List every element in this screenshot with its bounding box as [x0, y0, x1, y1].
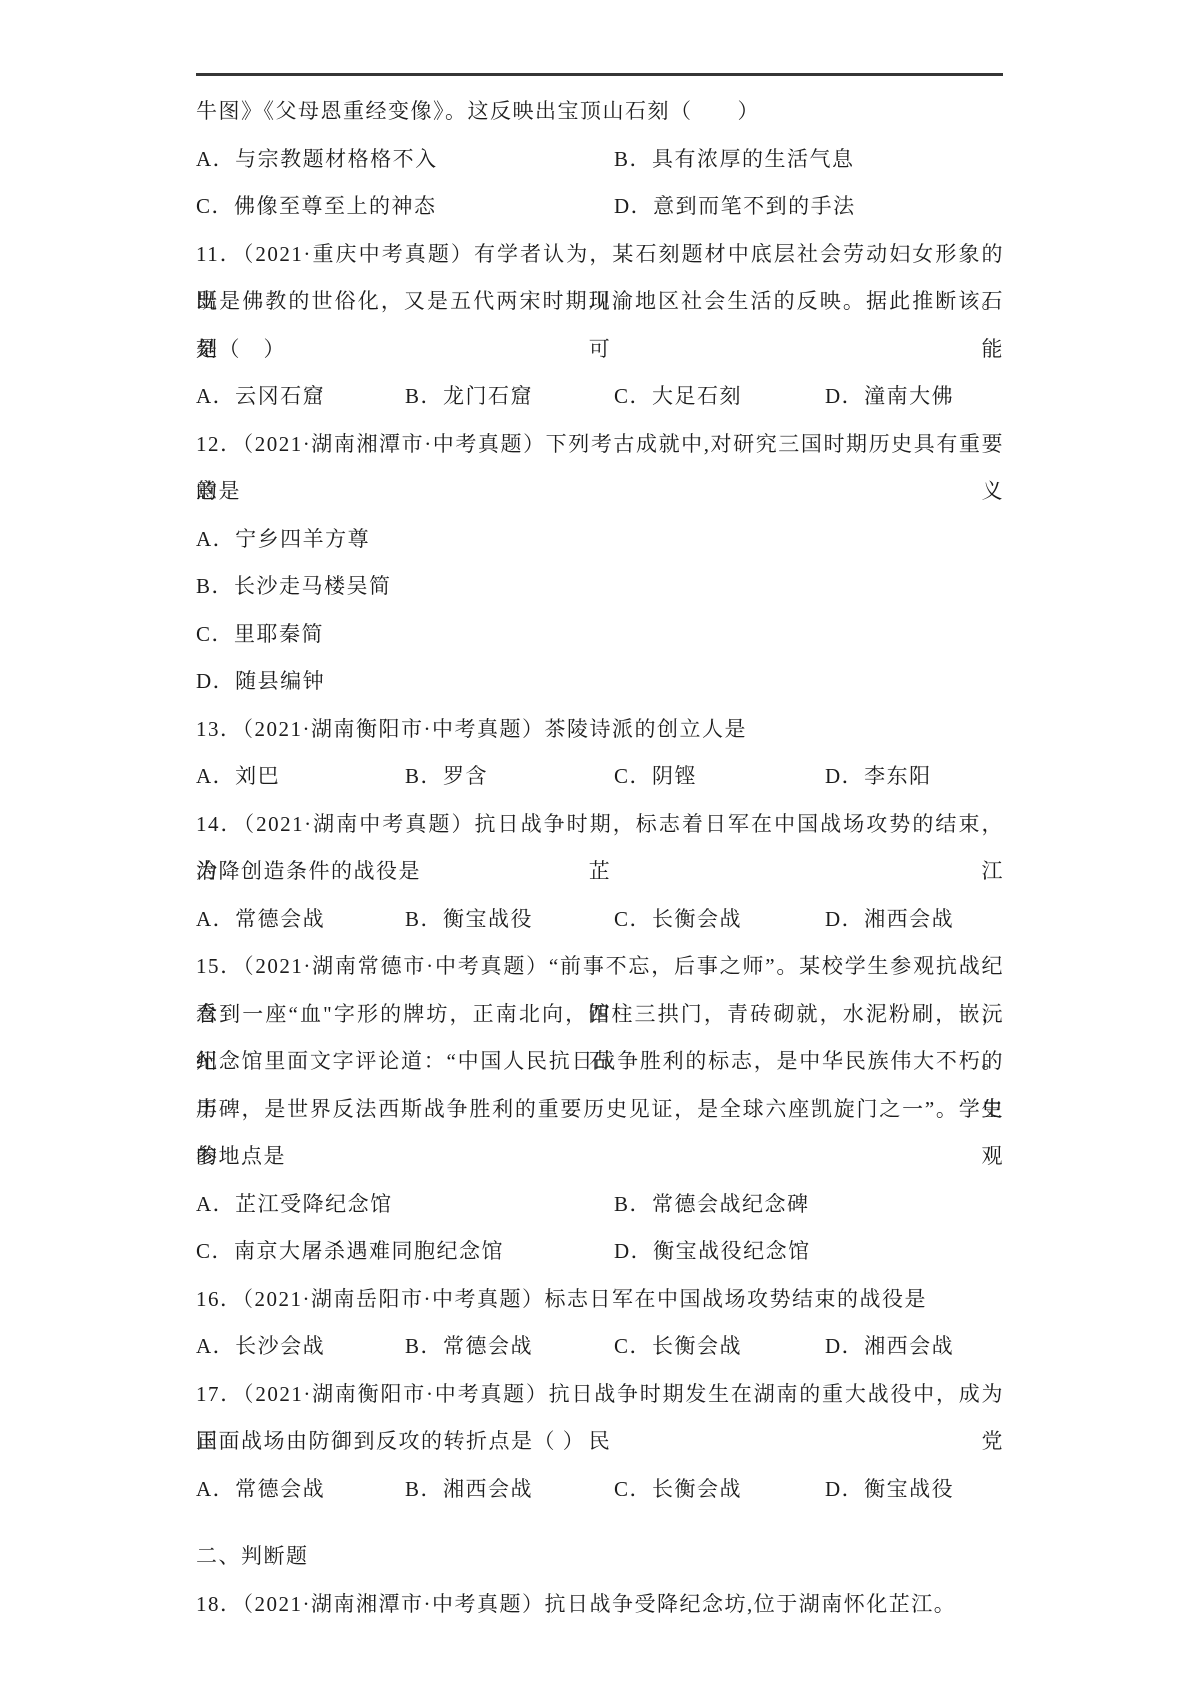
question-15-line-3: 纪念馆里面文字评论道：“中国人民抗日战争胜利的标志，是中华民族伟大不朽的历史: [196, 1038, 1004, 1086]
option-a: A．常德会战: [196, 896, 405, 944]
options-row: A．常德会战 B．湘西会战 C．长衡会战 D．衡宝战役: [196, 1466, 1004, 1514]
options-row: A．长沙会战 B．常德会战 C．长衡会战 D．湘西会战: [196, 1323, 1004, 1371]
option-a: A．云冈石窟: [196, 373, 405, 421]
option-c: C．长衡会战: [614, 1466, 825, 1514]
option-c: C．长衡会战: [614, 896, 825, 944]
question-15-line-2: 看到一座“血"字形的牌坊，正南北向，四柱三拱门，青砖砌就，水泥粉刷，嵌沅州石。: [196, 991, 1004, 1039]
option-b: B．常德会战纪念碑: [614, 1181, 1004, 1229]
option-a: A．刘巴: [196, 753, 405, 801]
question-11-line-1: 11．（2021·重庆中考真题）有学者认为，某石刻题材中底层社会劳动妇女形象的出…: [196, 231, 1004, 279]
question-17-line-1: 17．（2021·湖南衡阳市·中考真题）抗日战争时期发生在湖南的重大战役中，成为…: [196, 1371, 1004, 1419]
question-12-line-1: 12．（2021·湖南湘潭市·中考真题）下列考古成就中,对研究三国时期历史具有重…: [196, 421, 1004, 469]
option-b: B．湘西会战: [405, 1466, 614, 1514]
option-c: C．佛像至尊至上的神态: [196, 183, 614, 231]
option-d: D．衡宝战役纪念馆: [614, 1228, 1004, 1276]
option-a: A．长沙会战: [196, 1323, 405, 1371]
options-row: A．芷江受降纪念馆 B．常德会战纪念碑: [196, 1181, 1004, 1229]
option-b: B．罗含: [405, 753, 614, 801]
option-c: C．南京大屠杀遇难同胞纪念馆: [196, 1228, 614, 1276]
option-d: D．意到而笔不到的手法: [614, 183, 1004, 231]
question-18-line-1: 18．（2021·湖南湘潭市·中考真题）抗日战争受降纪念坊,位于湖南怀化芷江。: [196, 1581, 1004, 1629]
option-c: C．里耶秦简: [196, 611, 1004, 659]
option-b: B．长沙走马楼吴简: [196, 563, 1004, 611]
header-divider: [196, 73, 1003, 76]
options-row: A．常德会战 B．衡宝战役 C．长衡会战 D．湘西会战: [196, 896, 1004, 944]
option-b: B．龙门石窟: [405, 373, 614, 421]
option-a: A．宁乡四羊方尊: [196, 516, 1004, 564]
question-13-line-1: 13．（2021·湖南衡阳市·中考真题）茶陵诗派的创立人是: [196, 706, 1004, 754]
option-d: D．衡宝战役: [825, 1466, 1004, 1514]
option-b: B．具有浓厚的生活气息: [614, 136, 1004, 184]
option-c: C．长衡会战: [614, 1323, 825, 1371]
question-15-line-4: 丰碑，是世界反法西斯战争胜利的重要历史见证，是全球六座凯旋门之一”。学生参观: [196, 1086, 1004, 1134]
option-a: A．与宗教题材格格不入: [196, 136, 614, 184]
question-11-line-2: 既是佛教的世俗化，又是五代两宋时期川渝地区社会生活的反映。据此推断该石刻可能: [196, 278, 1004, 326]
options-row: C．佛像至尊至上的神态 D．意到而笔不到的手法: [196, 183, 1004, 231]
question-16-line-1: 16．（2021·湖南岳阳市·中考真题）标志日军在中国战场攻势结束的战役是: [196, 1276, 1004, 1324]
options-row: A．与宗教题材格格不入 B．具有浓厚的生活气息: [196, 136, 1004, 184]
option-d: D．随县编钟: [196, 658, 1004, 706]
options-row: C．南京大屠杀遇难同胞纪念馆 D．衡宝战役纪念馆: [196, 1228, 1004, 1276]
exam-content: 牛图》《父母恩重经变像》。这反映出宝顶山石刻（ ） A．与宗教题材格格不入 B．…: [196, 88, 1004, 1628]
option-b: B．常德会战: [405, 1323, 614, 1371]
option-d: D．湘西会战: [825, 1323, 1004, 1371]
option-c: C．阴铿: [614, 753, 825, 801]
question-14-line-1: 14．（2021·湖南中考真题）抗日战争时期，标志着日军在中国战场攻势的结束，为…: [196, 801, 1004, 849]
option-d: D．湘西会战: [825, 896, 1004, 944]
option-d: D．潼南大佛: [825, 373, 1004, 421]
section-header-judgment: 二、判断题: [196, 1533, 1004, 1581]
option-b: B．衡宝战役: [405, 896, 614, 944]
option-d: D．李东阳: [825, 753, 1004, 801]
question-15-line-1: 15．（2021·湖南常德市·中考真题）“前事不忘，后事之师”。某校学生参观抗战…: [196, 943, 1004, 991]
option-c: C．大足石刻: [614, 373, 825, 421]
options-row: A．刘巴 B．罗含 C．阴铿 D．李东阳: [196, 753, 1004, 801]
options-row: A．云冈石窟 B．龙门石窟 C．大足石刻 D．潼南大佛: [196, 373, 1004, 421]
document-page: 牛图》《父母恩重经变像》。这反映出宝顶山石刻（ ） A．与宗教题材格格不入 B．…: [0, 0, 1200, 1698]
option-a: A．芷江受降纪念馆: [196, 1181, 614, 1229]
option-a: A．常德会战: [196, 1466, 405, 1514]
question-continuation-line: 牛图》《父母恩重经变像》。这反映出宝顶山石刻（ ）: [196, 88, 1004, 136]
